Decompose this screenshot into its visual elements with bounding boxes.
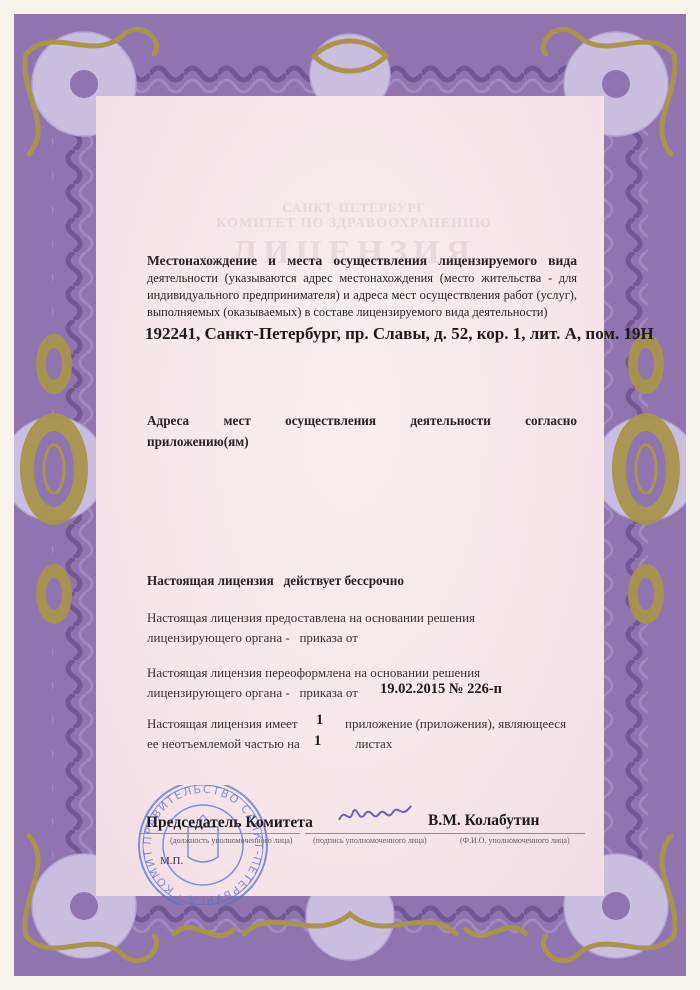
official-stamp: ПРАВИТЕЛЬСТВО САНКТ-ПЕТЕРБУРГА · КОМИТЕТ…	[118, 785, 288, 905]
reissue-order-date-number: 19.02.2015 № 226-п	[380, 681, 502, 698]
attachments-text4: листах	[355, 734, 392, 754]
signer-name: В.М. Колабутин	[428, 812, 539, 830]
position-underline	[140, 833, 300, 834]
signature-scribble-icon	[335, 798, 415, 832]
attachments-text3: ее неотъемлемой частью на	[147, 734, 300, 754]
location-label-rest: деятельности (указываются адрес местонах…	[147, 271, 577, 319]
reissued-line1: Настоящая лицензия переоформлена на осно…	[147, 663, 480, 683]
attachments-sheets: 1	[314, 733, 321, 750]
attachments-text2: приложение (приложения), являющееся	[345, 714, 566, 734]
attachments-text1: Настоящая лицензия имеет	[147, 714, 298, 734]
name-caption: (Ф.И.О. уполномоченного лица)	[460, 836, 570, 845]
appendix-note-line2: приложению(ям)	[147, 431, 249, 452]
attachments-count: 1	[316, 712, 323, 729]
handwritten-signature	[335, 798, 415, 838]
license-address: 192241, Санкт-Петербург, пр. Славы, д. 5…	[145, 324, 654, 344]
granted-line1: Настоящая лицензия предоставлена на осно…	[147, 608, 475, 628]
appendix-note-line1: Адреса мест осуществления деятельности с…	[147, 410, 577, 431]
reissued-line2: лицензирующего органа - приказа от	[147, 683, 358, 703]
seal-label: М.П.	[160, 855, 183, 867]
signer-position: Председатель Комитета	[146, 814, 313, 832]
name-underline	[425, 833, 585, 834]
location-label-lead: Местонахождение и места осуществления ли…	[147, 253, 577, 268]
faint-header-line1: САНКТ-ПЕТЕРБУРГ	[204, 200, 504, 216]
position-caption: (должность уполномоченного лица)	[170, 836, 292, 845]
faint-header-line2: КОМИТЕТ ПО ЗДРАВООХРАНЕНИЮ	[184, 216, 524, 232]
location-label: Местонахождение и места осуществления ли…	[147, 252, 577, 321]
granted-line2: лицензирующего органа - приказа от	[147, 628, 358, 648]
validity-row: Настоящая лицензия действует бессрочно	[147, 570, 404, 591]
validity-value: действует бессрочно	[284, 573, 404, 588]
validity-label: Настоящая лицензия	[147, 573, 274, 588]
signature-caption: (подпись уполномоченного лица)	[313, 836, 427, 845]
signature-underline	[305, 833, 425, 834]
